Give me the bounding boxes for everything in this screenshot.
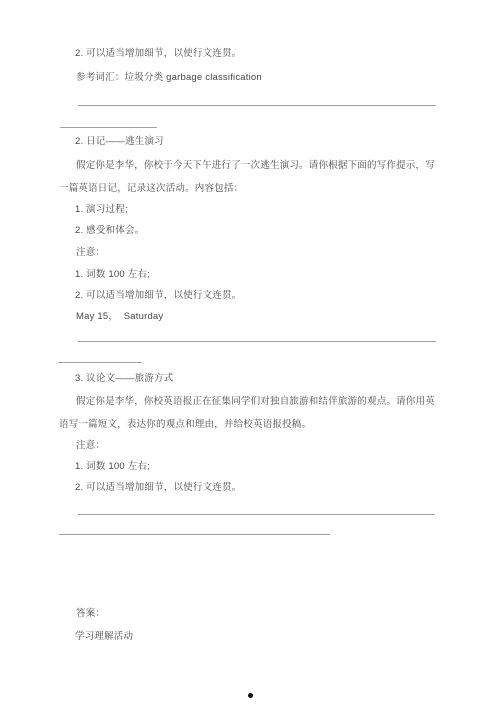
task1-note2: 2. 可以适当增加细节，以使行文连贯。	[75, 48, 241, 60]
task3-title: 3. 议论文——旅游方式	[75, 373, 173, 385]
task2-para-line1: 假定你是李华，你校于今天下午进行了一次逃生演习。请你根据下面的写作提示，写	[76, 160, 435, 172]
page-footer-dot	[248, 693, 253, 698]
document-page: 2. 可以适当增加细节，以使行文连贯。 参考词汇：垃圾分类 garbage cl…	[0, 0, 500, 708]
task2-note1: 1. 词数 100 左右;	[75, 269, 150, 281]
task3-notes-label: 注意：	[76, 440, 105, 452]
task2-title: 2. 日记——逃生演习	[75, 136, 164, 148]
task3-note1: 1. 词数 100 左右;	[75, 461, 150, 473]
task3-para-line2: 语写一篇短文，表达你的观点和理由，并给校英语报投稿。	[59, 419, 311, 431]
task2-point1: 1. 演习过程;	[75, 204, 128, 216]
task3-note2: 2. 可以适当增加细节，以使行文连贯。	[75, 482, 241, 494]
task2-point2: 2. 感受和体会。	[75, 225, 144, 237]
answers-label: 答案：	[76, 608, 105, 620]
answers-item1: 学习理解活动	[75, 631, 133, 643]
answer-blank-line	[58, 362, 142, 363]
task2-date-line: May 15， Saturday	[76, 311, 163, 323]
task2-para-line2: 一篇英语日记，记录这次活动。内容包括：	[59, 183, 243, 195]
answer-blank-line	[78, 341, 436, 342]
task2-notes-label: 注意：	[76, 247, 105, 259]
answer-blank-line	[60, 127, 157, 128]
task2-note2: 2. 可以适当增加细节，以使行文连贯。	[75, 290, 241, 302]
task3-para-line1: 假定你是李华，你校英语报正在征集同学们对独自旅游和结伴旅游的观点。请你用英	[76, 396, 435, 408]
task1-reference-vocab: 参考词汇：垃圾分类 garbage classification	[76, 72, 262, 84]
answer-blank-line	[59, 534, 330, 535]
answer-blank-line	[78, 105, 436, 106]
answer-blank-line	[78, 514, 435, 515]
